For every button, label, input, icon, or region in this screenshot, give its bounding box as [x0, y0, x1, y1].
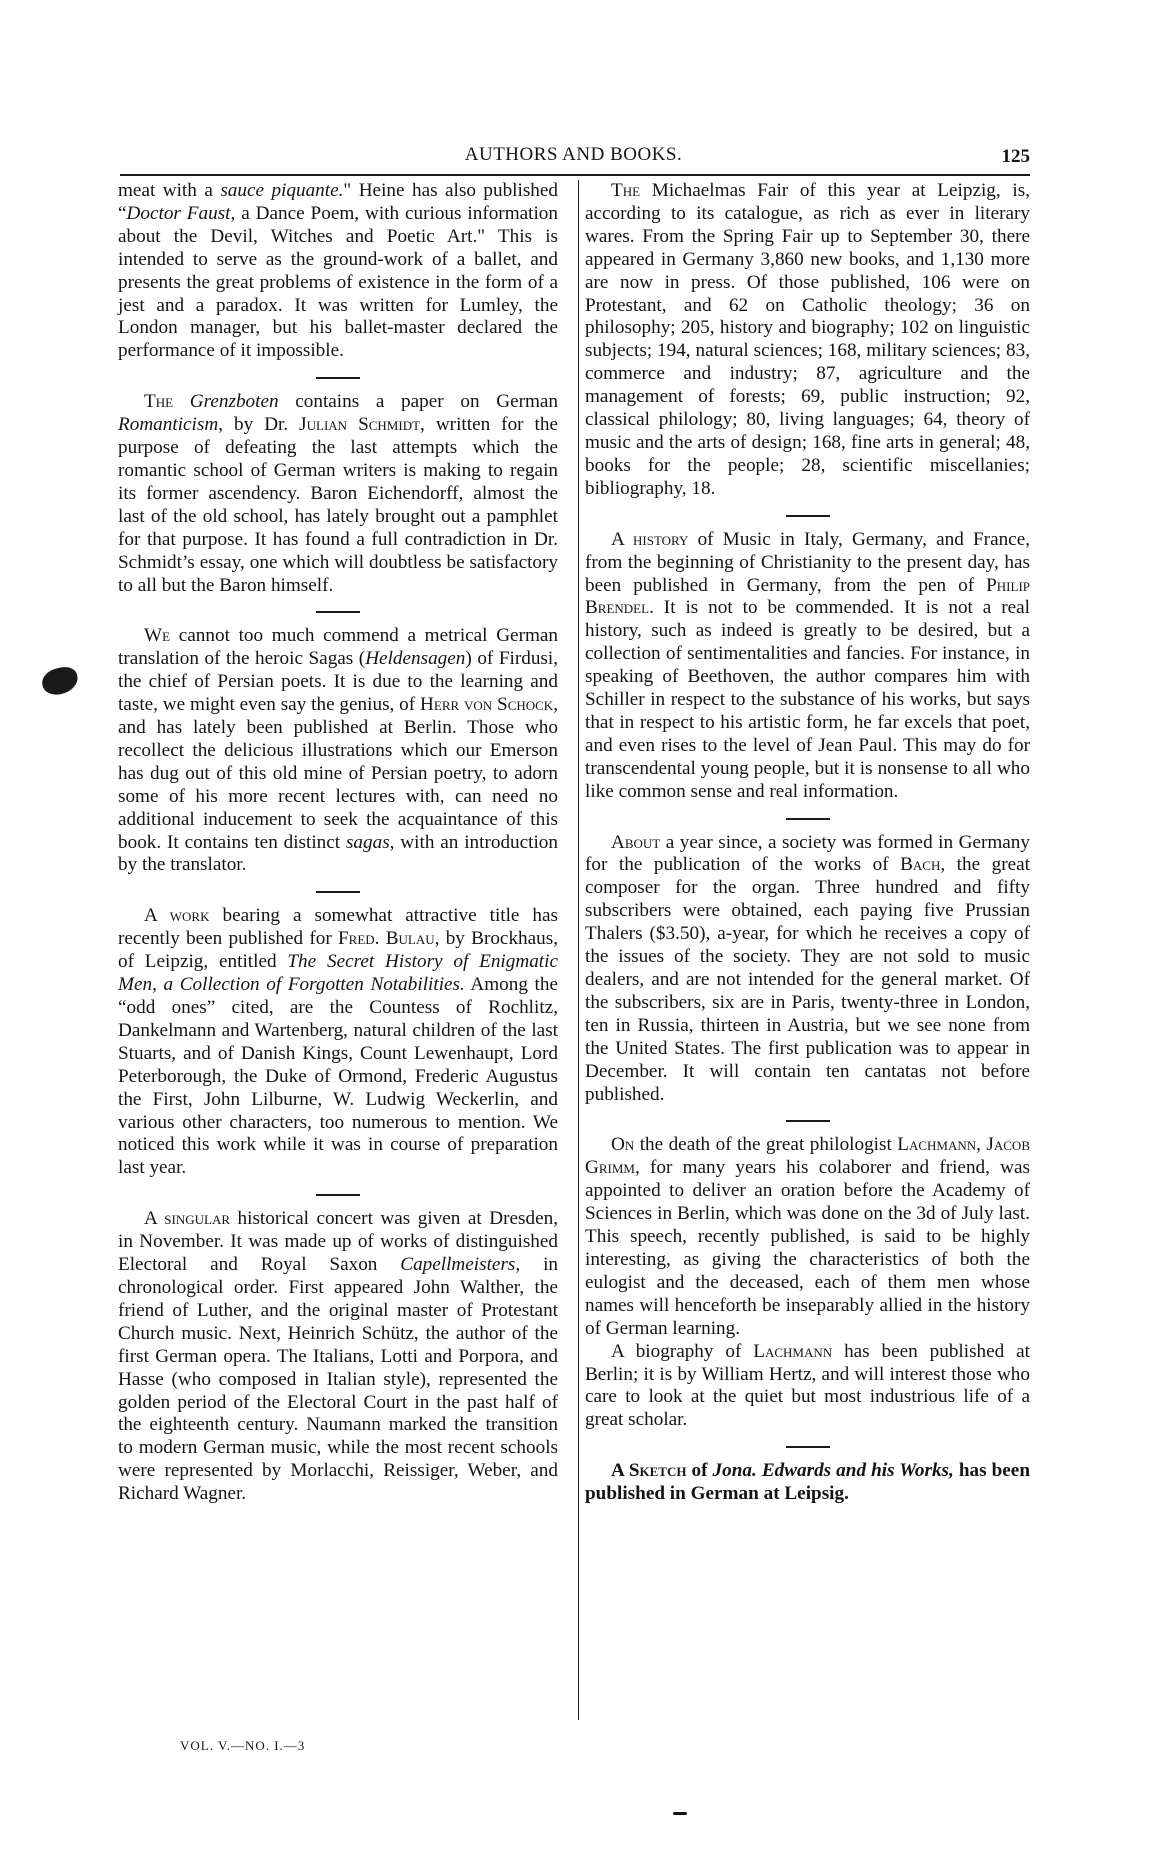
article-dresden-concert: A singular historical concert was given …: [118, 1208, 558, 1506]
section-separator: [316, 891, 360, 893]
article-lachmann-biography: A biography of Lachmann has been publish…: [585, 1341, 1030, 1433]
ink-mark-icon: [673, 1812, 687, 1815]
column-divider: [578, 180, 579, 1720]
article-music-history: A history of Music in Italy, Germany, an…: [585, 529, 1030, 804]
page-header: AUTHORS AND BOOKS. 125: [117, 142, 1030, 170]
signature-mark: VOL. V.—NO. I.—3: [180, 1738, 305, 1754]
page-number: 125: [1002, 146, 1031, 168]
header-rule: [120, 174, 1030, 176]
right-column: The Michaelmas Fair of this year at Leip…: [585, 180, 1030, 1506]
article-enigmatic-men: A work bearing a somewhat attractive tit…: [118, 905, 558, 1180]
article-grenzboten: The Grenzboten contains a paper on Germa…: [118, 391, 558, 597]
section-separator: [786, 1446, 830, 1448]
section-separator: [316, 1194, 360, 1196]
section-separator: [786, 1120, 830, 1122]
section-separator: [316, 611, 360, 613]
running-title: AUTHORS AND BOOKS.: [117, 144, 1030, 166]
article-edwards-sketch: A Sketch of Jona. Edwards and his Works,…: [585, 1460, 1030, 1506]
article-firdusi-sagas: We cannot too much commend a metrical Ge…: [118, 625, 558, 877]
article-lachmann-grimm: On the death of the great philologist La…: [585, 1134, 1030, 1340]
article-michaelmas-fair: The Michaelmas Fair of this year at Leip…: [585, 180, 1030, 501]
ink-blot-icon: [40, 665, 81, 698]
article-heine-faust: meat with a sauce piquante." Heine has a…: [118, 180, 558, 363]
left-column: meat with a sauce piquante." Heine has a…: [118, 180, 558, 1506]
section-separator: [786, 818, 830, 820]
article-bach-society: About a year since, a society was formed…: [585, 832, 1030, 1107]
section-separator: [316, 377, 360, 379]
section-separator: [786, 515, 830, 517]
